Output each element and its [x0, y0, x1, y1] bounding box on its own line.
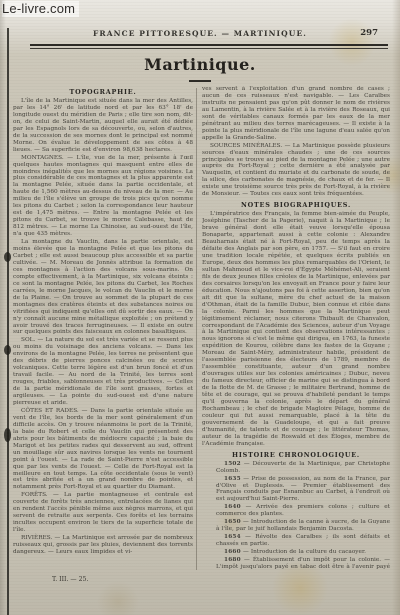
header-rule-thick	[30, 44, 388, 46]
chronology-entry: 1640 — Arrivée des premiers colons ; cul…	[202, 504, 390, 518]
chronology-year: 1680	[224, 557, 241, 563]
section-heading-histoire-chronologique: HISTOIRE CHRONOLOGIQUE.	[202, 451, 390, 459]
right-column: ves servent à l'exploitation d'un grand …	[202, 86, 390, 570]
chronology-entry: 1650 — Introduction de la canne à sucre,…	[202, 519, 390, 533]
book-gutter-shadow	[7, 28, 9, 615]
paragraph: L'impératrice des Français, la femme bie…	[202, 211, 390, 447]
left-column: TOPOGRAPHIE. L'île de la Martinique est …	[13, 88, 193, 572]
section-heading-notes-biographiques: NOTES BIOGRAPHIQUES.	[202, 201, 390, 209]
chronology-year: 1502	[224, 461, 241, 467]
paragraph: RIVIÈRES. — La Martinique est arrosée pa…	[13, 535, 193, 556]
chronology-text: — Établissement d'un impôt pour la colon…	[216, 557, 390, 570]
paragraph: L'île de la Martinique est située dans l…	[13, 98, 193, 154]
gutter-ink-blob	[4, 252, 11, 262]
gutter-ink-blob	[4, 428, 11, 442]
header-rule-thin	[30, 48, 388, 49]
section-heading-topographie: TOPOGRAPHIE.	[13, 88, 193, 96]
chronology-entry: 1680 — Établissement d'un impôt pour la …	[202, 557, 390, 570]
paragraph: CÔTES ET RADES. — Dans la partie orienta…	[13, 408, 193, 491]
chronology-text: — Introduction de la canne à sucre, de l…	[216, 519, 390, 532]
chronology-year: 1660	[224, 549, 241, 555]
chronology-entry: 1502 — Découverte de la Martinique, par …	[202, 461, 390, 475]
chronology-text: — Prise de possession, au nom de la Fran…	[216, 476, 390, 503]
paragraph: La montagne du Vauclin, dans la partie o…	[13, 239, 193, 336]
chronology-year: 1650	[224, 519, 241, 525]
chronology-text: — Révolte des Caraïbes ; ils sont défait…	[216, 534, 390, 547]
gutter-ink-blob	[4, 345, 11, 355]
printer-signature: T. III. — 25.	[52, 576, 88, 583]
paragraph: ves servent à l'exploitation d'un grand …	[202, 86, 390, 142]
chronology-year: 1654	[224, 534, 241, 540]
chronology-list: 1502 — Découverte de la Martinique, par …	[202, 461, 390, 570]
paragraph: SOL. — La nature du sol est très variée …	[13, 337, 193, 407]
scanned-page: Le-livre.com FRANCE PITTORESQUE. — MARTI…	[0, 0, 400, 615]
chronology-entry: 1654 — Révolte des Caraïbes ; ils sont d…	[202, 534, 390, 548]
page-title: Martinique.	[0, 55, 400, 74]
running-header: FRANCE PITTORESQUE. — MARTINIQUE.	[0, 29, 400, 38]
paragraph: MONTAGNES. — L'île, vue de la mer, prése…	[13, 155, 193, 238]
chronology-text: — Introduction de la culture du cacaoyer…	[243, 549, 366, 555]
title-ornament-rule	[189, 80, 211, 82]
chronology-year: 1635	[224, 476, 241, 482]
paragraph: SOURCES MINÉRALES. — La Martinique possè…	[202, 143, 390, 199]
column-divider	[196, 88, 197, 570]
chronology-text: — Arrivée des premiers colons ; culture …	[216, 504, 390, 517]
watermark: Le-livre.com	[2, 1, 79, 17]
chronology-entry: 1660 — Introduction de la culture du cac…	[202, 549, 390, 556]
chronology-entry: 1635 — Prise de possession, au nom de la…	[202, 476, 390, 504]
paragraph: FORÊTS. — La partie montagneuse et centr…	[13, 492, 193, 534]
chronology-text: — Découverte de la Martinique, par Chris…	[216, 461, 390, 474]
page-number: 297	[360, 28, 378, 38]
chronology-year: 1640	[224, 504, 241, 510]
